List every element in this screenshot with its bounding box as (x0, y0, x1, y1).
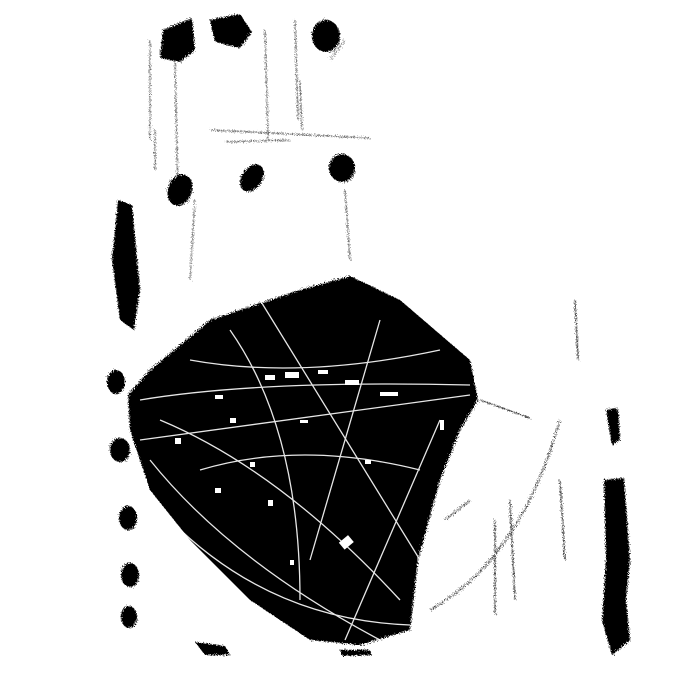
right-vertical-bar (602, 408, 630, 655)
bottom-marks (195, 642, 372, 656)
dot-row-middle (163, 154, 355, 209)
central-dark-shape (128, 276, 478, 645)
monoprint-artwork (0, 0, 700, 700)
artwork-canvas (0, 0, 700, 700)
dot-row-top (160, 14, 340, 62)
